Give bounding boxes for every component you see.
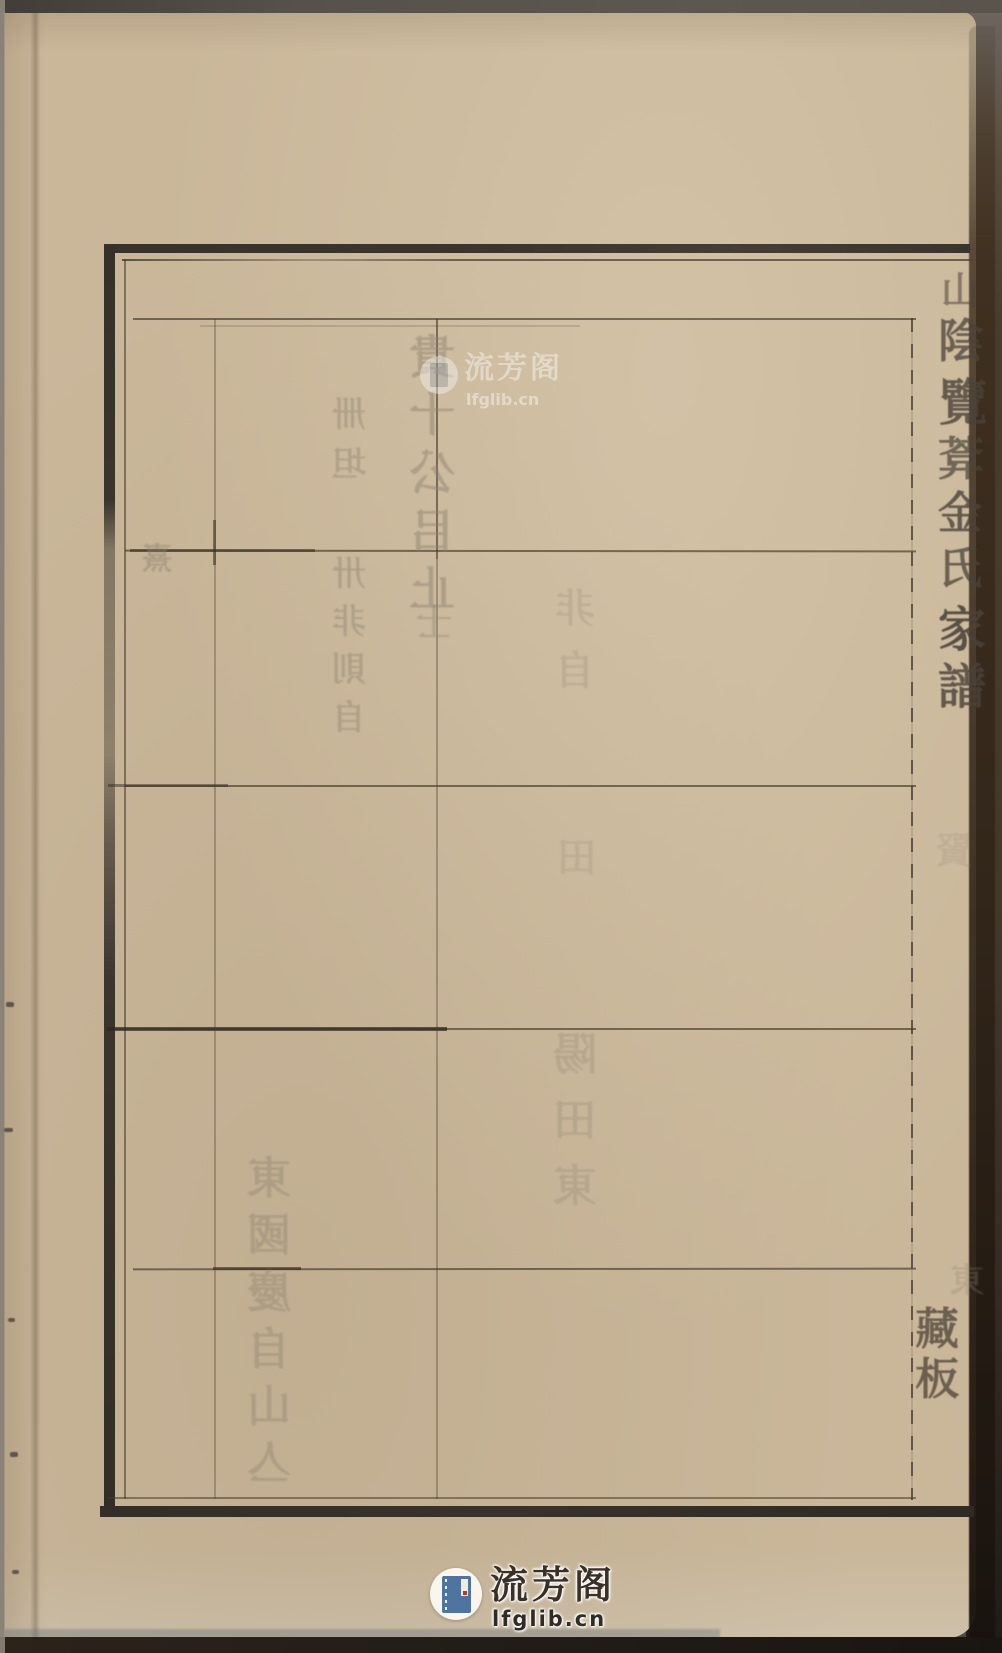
title-char: 山	[938, 272, 982, 310]
bleed-column: 賢	[934, 826, 974, 876]
left-page-crease	[30, 12, 40, 1638]
paper-page	[4, 12, 976, 1638]
edge-speck	[8, 1318, 15, 1322]
edge-speck	[6, 1002, 14, 1007]
title-char: 譜	[938, 663, 982, 711]
bleed-column: 熹	[140, 540, 174, 580]
bleed-column: 卅非則自	[330, 550, 368, 742]
grid-line-v1	[214, 319, 216, 1499]
frame-left-border	[104, 246, 115, 1516]
site-logo: 流芳阁 lfglib.cn	[430, 1566, 650, 1636]
bleed-column: 士	[414, 598, 454, 648]
frame-top-border	[104, 244, 970, 253]
bleed-column: 陽田東	[550, 1022, 600, 1220]
edge-speck	[4, 1128, 13, 1132]
bleed-column: 東	[948, 1258, 986, 1304]
logo-site-domain: lfglib.cn	[492, 1607, 606, 1631]
logo-site-name: 流芳阁	[490, 1566, 650, 1604]
colophon-char: 藏	[914, 1308, 960, 1352]
edge-speck	[12, 1570, 19, 1574]
watermark-site-domain: lfglib.cn	[466, 390, 539, 409]
title-char: 覽	[938, 378, 982, 428]
bleed-column: 卌坦	[330, 390, 368, 490]
colophon-char: 板	[914, 1358, 960, 1402]
book-red-seal	[463, 1591, 467, 1595]
book-spine-stitches	[445, 1579, 447, 1610]
grid-line-h1	[133, 318, 916, 320]
grid-line-h3	[125, 785, 916, 787]
watermark-site-name: 流芳阁	[464, 354, 568, 384]
grid-line-h1-shadow	[200, 325, 580, 327]
title-char: 家	[938, 606, 982, 654]
frame-inner-left-line	[124, 259, 126, 1499]
photo-top-edge	[0, 0, 1002, 13]
grid-line-h3-dark-segment	[108, 784, 228, 787]
title-char: 陰	[938, 318, 982, 364]
center-watermark: 流芳阁 lfglib.cn	[420, 352, 570, 414]
bleed-column: 非自	[552, 578, 598, 702]
title-char: 金	[938, 492, 982, 536]
photo-left-edge	[0, 0, 5, 1653]
scanned-book-photo: 貴十公㠯止卌坦卅非則自士非自田陽田東東國慶自山亼熹賢東 山陰覽葊金氏家譜 藏板 …	[0, 0, 1002, 1653]
frame-bottom-border	[100, 1506, 974, 1517]
grid-line-right-dashed	[911, 318, 913, 1500]
grid-line-h4-dark-segment	[107, 1027, 447, 1031]
grid-line-v1-dark-segment	[213, 520, 216, 565]
edge-speck	[10, 1452, 18, 1457]
grid-line-bottom	[107, 1497, 916, 1499]
watermark-book-icon	[430, 363, 448, 387]
bleed-column: 東國慶自山亼	[244, 1150, 294, 1492]
bleed-column: 田	[554, 828, 600, 888]
frame-inner-top-line	[122, 259, 973, 261]
title-char: 氏	[938, 547, 982, 591]
photo-bottom-edge	[0, 1637, 1002, 1653]
title-char: 葊	[938, 436, 982, 482]
